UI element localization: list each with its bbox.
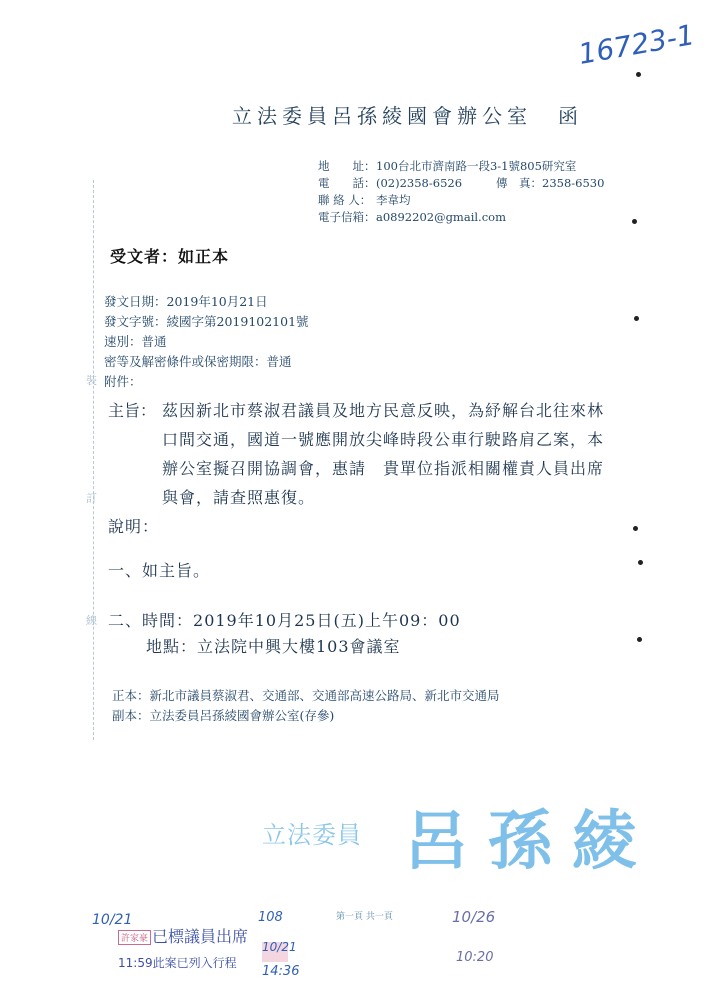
original-recipients: 正本：新北市議員蔡淑君、交通部、交通部高速公路局、新北市交通局 xyxy=(112,686,500,704)
copy-value: 立法委員呂孫綾國會辦公室(存參) xyxy=(150,708,335,723)
annotation-mid-time: 14:36 xyxy=(262,964,299,979)
binding-mark-xian: 線 xyxy=(86,612,97,628)
email-value[interactable]: a0892202@gmail.com xyxy=(376,210,506,224)
contact-person-label: 聯 絡 人： xyxy=(318,192,376,208)
recipient-label: 受文者： xyxy=(110,247,178,266)
attachment: 附件： xyxy=(104,372,142,390)
scan-speck xyxy=(634,316,639,321)
annotation-mid-date: 10/21 xyxy=(262,940,297,954)
contact-person-value: 李韋均 xyxy=(376,193,411,207)
phone-value: (02)2358-6526 xyxy=(376,176,496,190)
meeting-location: 地點：立法院中興大樓103會議室 xyxy=(146,634,401,657)
address-label: 地 址： xyxy=(318,158,376,174)
binding-mark-ding: 訂 xyxy=(86,490,97,506)
annotation-note-1: 已標議員出席 xyxy=(152,924,248,947)
address-line: 地 址：100台北市濟南路一段3-1號805研究室 xyxy=(318,158,576,174)
annotation-mid-top: 108 xyxy=(258,910,283,925)
issue-date: 發文日期：2019年10月21日 xyxy=(104,292,268,310)
email-line: 電子信箱：a0892202@gmail.com xyxy=(318,209,506,225)
recipient-value: 如正本 xyxy=(178,247,229,266)
item-text: 如主旨。 xyxy=(142,561,210,580)
subject-section: 主旨： 茲因新北市蔡淑君議員及地方民意反映，為紓解台北往來林 口間交通，國道一號… xyxy=(108,396,628,512)
document-number-value: 綾國字第2019102101號 xyxy=(167,314,309,329)
security-level: 密等及解密條件或保密期限：普通 xyxy=(104,352,292,370)
annotation-note-2: 11:59此案已列入行程 xyxy=(118,954,237,971)
scan-speck xyxy=(636,72,641,77)
delivery-speed-label: 速別： xyxy=(104,334,142,349)
issue-date-label: 發文日期： xyxy=(104,294,167,309)
seal-stamp: 許家豪 xyxy=(118,930,151,945)
document-number-label: 發文字號： xyxy=(104,314,167,329)
office-name: 立法委員呂孫綾國會辦公室 xyxy=(232,104,532,128)
scan-speck xyxy=(637,637,642,642)
fax-label: 傳 真： xyxy=(496,176,542,190)
document-title: 立法委員呂孫綾國會辦公室函 xyxy=(232,100,583,129)
document-number: 發文字號：綾國字第2019102101號 xyxy=(104,312,309,330)
attachment-label: 附件： xyxy=(104,374,142,389)
delivery-speed: 速別：普通 xyxy=(104,332,167,350)
security-level-value: 普通 xyxy=(267,354,292,369)
address-value: 100台北市濟南路一段3-1號805研究室 xyxy=(376,159,576,173)
fax-value: 2358-6530 xyxy=(542,176,604,190)
description-label: 說明： xyxy=(108,514,159,537)
delivery-speed-value: 普通 xyxy=(142,334,167,349)
page-info: 第一頁 共一頁 xyxy=(336,909,393,922)
annotation-right-time: 10:20 xyxy=(456,950,493,965)
handwritten-reference-number: 16723-1 xyxy=(576,18,697,71)
subject-label: 主旨： xyxy=(108,396,156,425)
scan-speck xyxy=(633,526,638,531)
item-number: 一、 xyxy=(108,561,142,580)
original-value: 新北市議員蔡淑君、交通部、交通部高速公路局、新北市交通局 xyxy=(150,688,500,703)
copy-recipients: 副本：立法委員呂孫綾國會辦公室(存參) xyxy=(112,706,334,724)
annotation-seal: 許家豪 xyxy=(118,926,151,945)
scan-speck xyxy=(632,219,637,224)
email-label: 電子信箱： xyxy=(318,209,376,225)
document-type: 函 xyxy=(558,104,583,128)
subject-line-4: 與會，請查照惠復。 xyxy=(162,483,628,512)
subject-line-1: 茲因新北市蔡淑君議員及地方民意反映，為紓解台北往來林 xyxy=(162,396,628,425)
annotation-right-date: 10/26 xyxy=(452,908,495,926)
subject-line-2: 口間交通，國道一號應開放尖峰時段公車行駛路肩乙案，本 xyxy=(162,425,628,454)
binding-line xyxy=(93,180,94,740)
item-number: 二、 xyxy=(108,611,142,630)
description-item-2: 二、時間：2019年10月25日(五)上午09：00 xyxy=(108,608,461,631)
subject-line-3: 辦公室擬召開協調會，惠請 貴單位指派相關權責人員出席 xyxy=(162,454,628,483)
original-label: 正本： xyxy=(112,688,150,703)
issue-date-value: 2019年10月21日 xyxy=(167,294,268,309)
contact-person-line: 聯 絡 人：李韋均 xyxy=(318,192,411,208)
stamp-name: 呂孫綾 xyxy=(404,790,656,882)
security-level-label: 密等及解密條件或保密期限： xyxy=(104,354,267,369)
phone-label: 電 話： xyxy=(318,175,376,191)
copy-label: 副本： xyxy=(112,708,150,723)
stamp-title: 立法委員 xyxy=(262,815,362,850)
recipient: 受文者：如正本 xyxy=(110,244,229,267)
meeting-time: 時間：2019年10月25日(五)上午09：00 xyxy=(142,611,461,630)
description-item-1: 一、如主旨。 xyxy=(108,558,210,581)
phone-line: 電 話：(02)2358-6526傳 真：2358-6530 xyxy=(318,175,604,191)
scan-speck xyxy=(638,560,643,565)
binding-mark-zhuang: 裝 xyxy=(86,372,97,388)
